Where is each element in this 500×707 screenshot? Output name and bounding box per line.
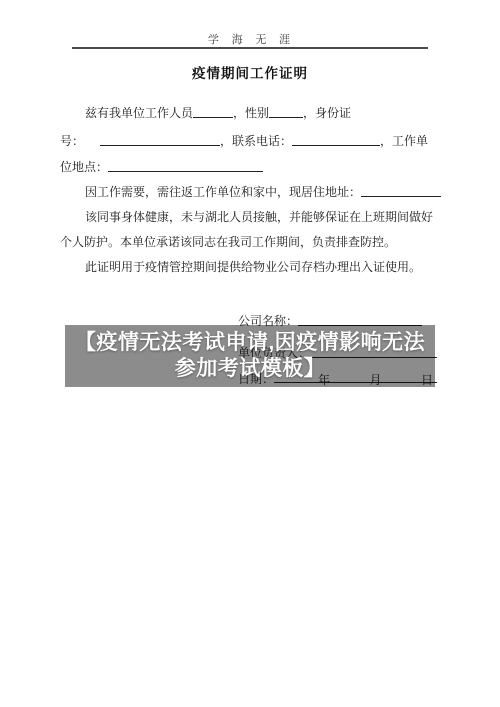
line-text: 该同事身体健康，未与湖北人员接触，并能够保证在上班期间做好 [85, 210, 433, 224]
line-text: 个人防护。本单位承诺该同志在我司工作期间，负责排查防控。 [60, 235, 396, 249]
line-text: 位地点： [60, 160, 108, 174]
body-line-3: 位地点： [60, 159, 263, 174]
watermark-overlay-band: 【疫情无法考试申请,因疫情影响无法 参加考试模板】 [65, 325, 435, 387]
body-line-5: 该同事身体健康，未与湖北人员接触，并能够保证在上班期间做好 [85, 210, 433, 224]
blank-field-workplace [108, 159, 263, 172]
blank-field-id-number [100, 133, 220, 146]
masthead-text: 学 海 无 涯 [0, 31, 500, 47]
body-line-1: 兹有我单位工作人员，性别，身份证 [85, 105, 351, 120]
line-text: 兹有我单位工作人员 [85, 106, 193, 120]
blank-field-gender [269, 105, 303, 118]
body-line-2: 号：，联系电话：，工作单 [60, 133, 428, 148]
blank-field-phone [292, 133, 380, 146]
header-rule [72, 47, 428, 49]
line-text: 此证明用于疫情管控期间提供给物业公司存档办理出入证使用。 [85, 260, 421, 274]
body-line-4: 因工作需要，需往返工作单位和家中，现居住地址： [85, 184, 441, 199]
line-text: ，联系电话： [220, 134, 292, 148]
line-text: 因工作需要，需往返工作单位和家中，现居住地址： [85, 185, 361, 199]
body-line-7: 此证明用于疫情管控期间提供给物业公司存档办理出入证使用。 [85, 260, 421, 274]
blank-field-name [193, 105, 233, 118]
line-text: ，工作单 [380, 134, 428, 148]
line-text: ，性别 [233, 106, 269, 120]
blank-field-address [361, 184, 441, 197]
line-text: ，身份证 [303, 106, 351, 120]
document-title: 疫情期间工作证明 [0, 62, 500, 82]
line-text: 号： [60, 134, 84, 148]
watermark-text-line-2: 参加考试模板】 [175, 356, 326, 382]
body-line-6: 个人防护。本单位承诺该同志在我司工作期间，负责排查防控。 [60, 235, 396, 249]
watermark-text-line-1: 【疫情无法考试申请,因疫情影响无法 [75, 330, 425, 356]
document-page: 学 海 无 涯 疫情期间工作证明 兹有我单位工作人员，性别，身份证 号：，联系电… [0, 0, 500, 707]
